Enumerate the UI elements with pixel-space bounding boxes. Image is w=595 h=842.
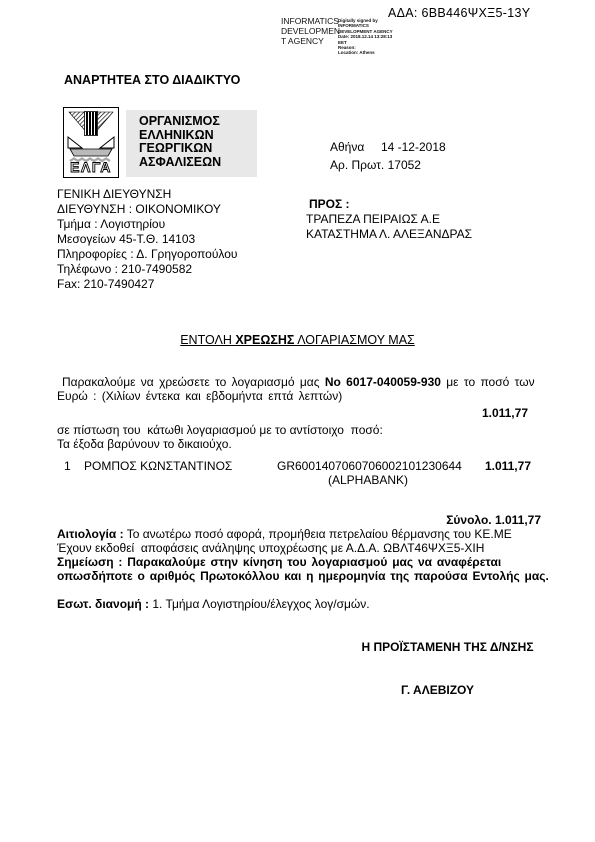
note-text: Παρακαλούμε στην κίνηση του λογαριασμού …: [57, 555, 549, 583]
distribution-text: 1. Τμήμα Λογιστηρίου/έλεγχος λογ/σμών.: [149, 597, 370, 611]
beneficiary-bank: (ALPHABANK): [277, 473, 459, 487]
recipient-label: ΠΡΟΣ :: [309, 197, 350, 211]
date-line: Αθήνα 14 -12-2018: [330, 140, 446, 154]
protocol-line: Αρ. Πρωτ. 17052: [330, 158, 421, 172]
sender-line: Πληροφορίες : Δ. Γρηγοροπούλου: [57, 247, 237, 262]
signature-title: Η ΠΡΟΪΣΤΑΜΕΝΗ ΤΗΣ Δ/ΝΣΗΣ: [300, 640, 595, 654]
signature-name: Γ. ΑΛΕΒΙΖΟΥ: [300, 683, 575, 697]
publish-notice: ΑΝΑΡΤΗΤΕΑ ΣΤΟ ΔΙΑΔΙΚΤΥΟ: [64, 73, 240, 87]
sender-line: Fax: 210-7490427: [57, 277, 237, 292]
justification-line2: Έχουν εκδοθεί αποφάσεις ανάληψης υποχρέω…: [57, 541, 484, 555]
sender-line: Τμήμα : Λογιστηρίου: [57, 217, 237, 232]
justification-text: Το ανωτέρω ποσό αφορά, προμήθεια πετρελα…: [124, 527, 512, 541]
sender-line: Τηλέφωνο : 210-7490582: [57, 262, 237, 277]
stamp-signer-line: INFORMATICS: [281, 16, 343, 26]
digital-signature-stamp-signer: INFORMATICS DEVELOPMEN T AGENCY: [281, 16, 343, 46]
justification: Αιτιολογία : Το ανωτέρω ποσό αφορά, προμ…: [57, 527, 547, 555]
amount-value: 1.011,77: [57, 406, 528, 420]
org-name-line: ΓΕΩΡΓΙΚΩΝ: [139, 142, 257, 156]
doc-title: ΕΝΤΟΛΗ ΧΡΕΩΣΗΣ ΛΟΓΑΡΙΑΣΜΟΥ ΜΑΣ: [0, 333, 595, 347]
credit-lines: σε πίστωση του κάτωθι λογαριασμού με το …: [57, 423, 383, 451]
org-name-line: ΑΣΦΑΛΙΣΕΩΝ: [139, 156, 257, 170]
body-paragraph: Παρακαλούμε να χρεώσετε το λογαριασμό μα…: [57, 375, 543, 403]
org-logo: ΕΛΓΑ: [63, 107, 119, 181]
doc-title-post: ΛΟΓΑΡΙΑΣΜΟΥ ΜΑΣ: [294, 333, 414, 347]
stamp-signer-line: T AGENCY: [281, 36, 343, 46]
stamp-signer-line: DEVELOPMEN: [281, 26, 343, 36]
digital-signature-stamp-details: Digitally signed by INFORMATICS DEVELOPM…: [338, 18, 418, 56]
total-line: Σύνολο. 1.011,77: [57, 513, 541, 527]
org-name-box: ΟΡΓΑΝΙΣΜΟΣ ΕΛΛΗΝΙΚΩΝ ΓΕΩΡΓΙΚΩΝ ΑΣΦΑΛΙΣΕΩ…: [126, 110, 257, 177]
doc-title-pre: ΕΝΤΟΛΗ: [180, 333, 235, 347]
elga-logo-graphic: ΕΛΓΑ: [63, 107, 119, 178]
stamp-detail-line: Location: Athens: [338, 50, 418, 55]
recipient-line: ΚΑΤΑΣΤΗΜΑ Λ. ΑΛΕΞΑΝΔΡΑΣ: [306, 227, 472, 242]
distribution-label: Εσωτ. διανομή :: [57, 597, 149, 611]
recipient-line: ΤΡΑΠΕΖΑ ΠΕΙΡΑΙΩΣ Α.Ε: [306, 212, 472, 227]
recipient-block: ΤΡΑΠΕΖΑ ΠΕΙΡΑΙΩΣ Α.Ε ΚΑΤΑΣΤΗΜΑ Λ. ΑΛΕΞΑΝ…: [306, 212, 472, 242]
doc-title-bold: ΧΡΕΩΣΗΣ: [235, 333, 294, 347]
note-label: Σημείωση :: [57, 555, 122, 569]
justification-label: Αιτιολογία :: [57, 527, 124, 541]
note: Σημείωση : Παρακαλούμε στην κίνηση του λ…: [57, 555, 549, 583]
credit-line-text: σε πίστωση του κάτωθι λογαριασμού με το …: [57, 423, 383, 437]
org-name-line: ΟΡΓΑΝΙΣΜΟΣ: [139, 115, 257, 129]
expenses-line-text: Τα έξοδα βαρύνουν το δικαιούχο.: [57, 437, 383, 451]
body-para-pre: Παρακαλούμε να χρεώσετε το λογαριασμό μα…: [62, 375, 325, 389]
sender-line: ΔΙΕΥΘΥΝΣΗ : ΟΙΚΟΝΟΜΙΚΟΥ: [57, 202, 237, 217]
internal-distribution: Εσωτ. διανομή : 1. Τμήμα Λογιστηρίου/έλε…: [57, 597, 547, 611]
sender-info: ΓΕΝΙΚΗ ΔΙΕΥΘΥΝΣΗ ΔΙΕΥΘΥΝΣΗ : ΟΙΚΟΝΟΜΙΚΟΥ…: [57, 187, 237, 292]
org-name-line: ΕΛΛΗΝΙΚΩΝ: [139, 129, 257, 143]
account-number: Νο 6017-040059-930: [325, 375, 441, 389]
sender-line: Μεσογείων 45-Τ.Θ. 14103: [57, 232, 237, 247]
sender-line: ΓΕΝΙΚΗ ΔΙΕΥΘΥΝΣΗ: [57, 187, 237, 202]
elga-logo-text: ΕΛΓΑ: [70, 159, 112, 175]
beneficiary-amount: 1.011,77: [57, 459, 531, 473]
document-page: ΑΔΑ: 6ΒΒ446ΨΧΞ5-13Υ INFORMATICS DEVELOPM…: [0, 0, 595, 842]
